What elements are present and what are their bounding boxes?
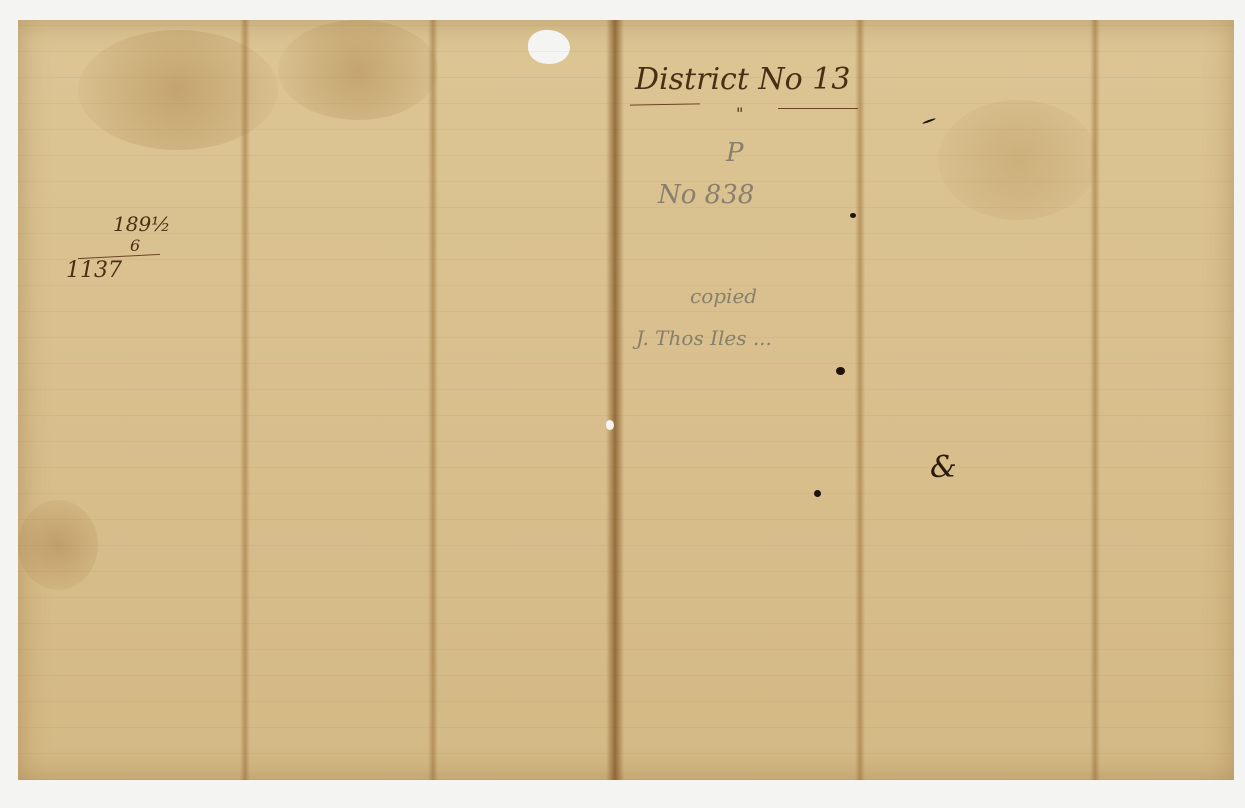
stain	[18, 500, 98, 590]
ink-dash	[922, 118, 936, 125]
stain	[78, 30, 278, 150]
ink-mark: &	[930, 450, 957, 485]
fold-line	[428, 20, 438, 780]
manuscript-page: District No 13 " P No 838 copied J. Thos…	[18, 20, 1234, 780]
paper-hole	[606, 420, 614, 430]
fold-line	[1090, 20, 1100, 780]
pencil-note-copied: copied	[690, 284, 757, 308]
center-fold-line	[606, 20, 624, 780]
underline	[630, 103, 700, 105]
calc-line-2: 6	[130, 236, 140, 255]
underline	[778, 108, 858, 109]
fold-line	[855, 20, 865, 780]
paper-hole	[528, 30, 570, 64]
ink-blot	[836, 367, 845, 375]
pencil-letter: P	[726, 138, 744, 168]
stain	[278, 20, 438, 120]
ink-blot	[814, 490, 821, 497]
docket-title: District No 13	[635, 62, 850, 97]
calc-line-1: 189½	[113, 212, 171, 236]
stain	[938, 100, 1098, 220]
docket-ditto: "	[736, 104, 743, 123]
pencil-number: No 838	[658, 180, 754, 210]
pencil-note-name: J. Thos Iles ...	[636, 326, 772, 350]
calc-line-3: 1137	[66, 258, 122, 283]
ink-blot	[850, 213, 856, 218]
